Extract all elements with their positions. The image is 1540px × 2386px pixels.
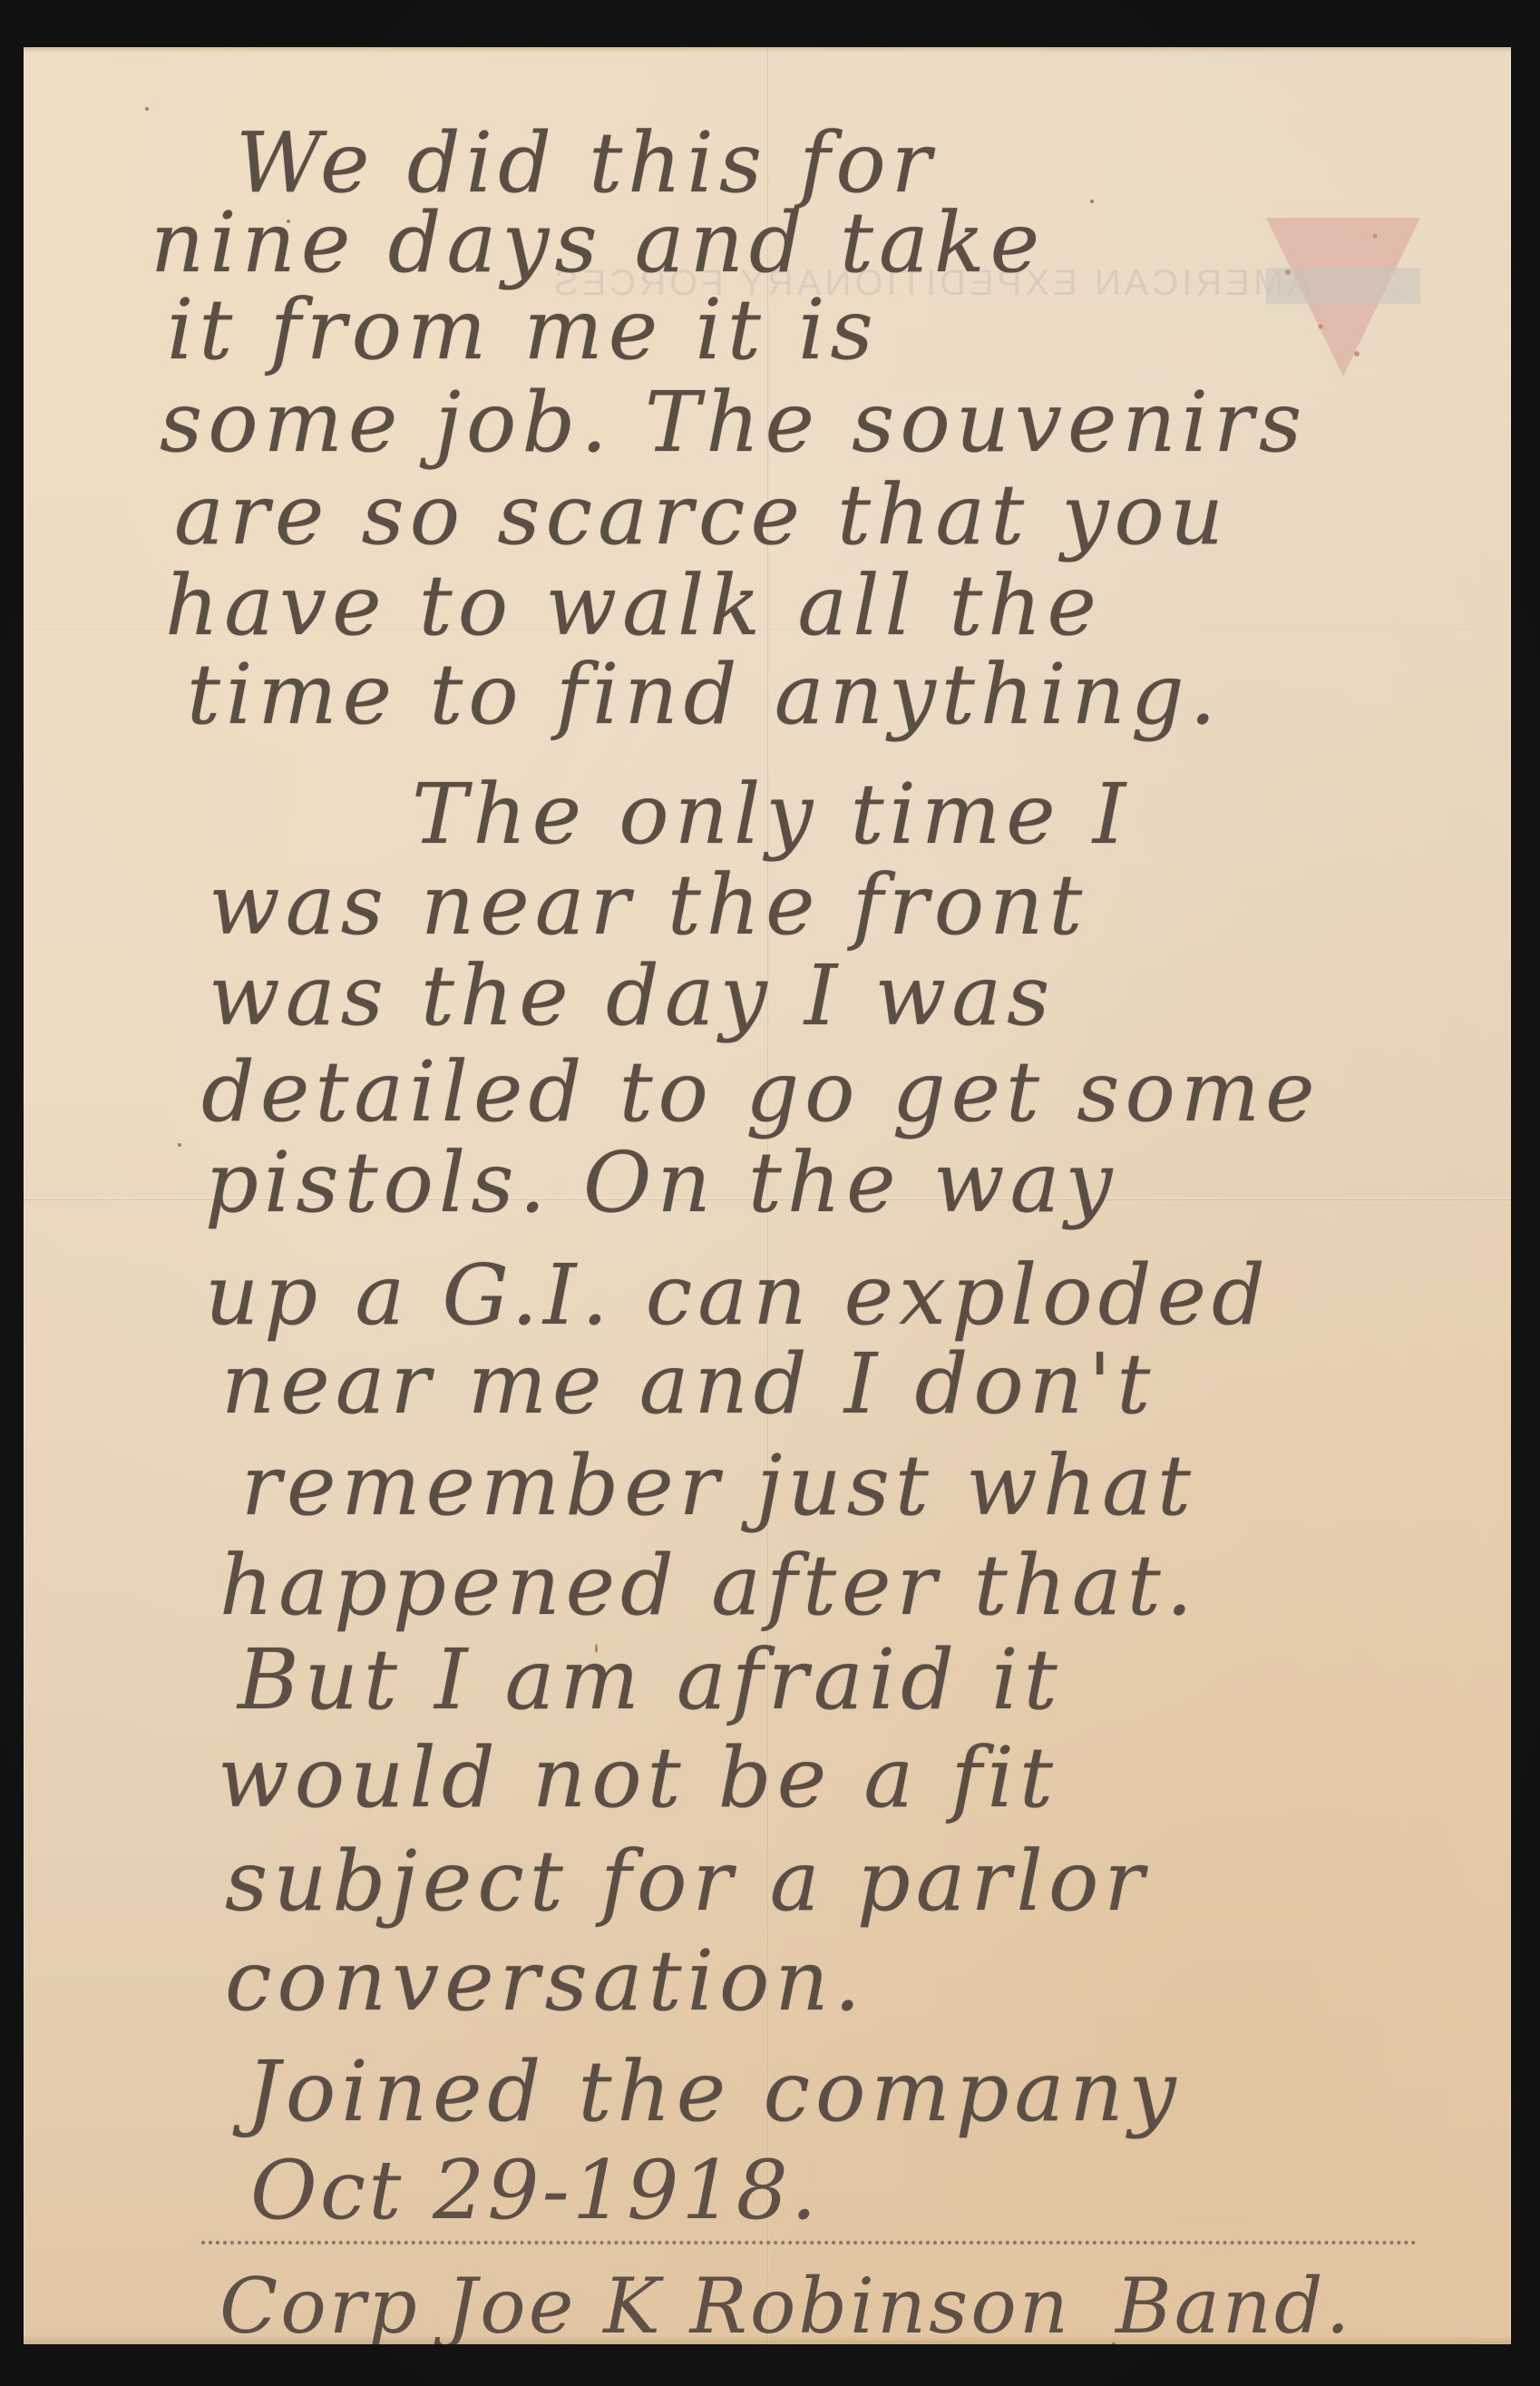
letter-line: But I am afraid it [238,1638,1063,1722]
dotted-rule [201,2241,1417,2244]
letter-line: conversation. [225,1940,866,2023]
letter-line: nine days and take [151,201,1045,285]
signature-name: Corp Joe K Robinson [219,2268,1071,2344]
letter-line: remember just what [241,1444,1196,1528]
letter-line: some job. The souvenirs [160,381,1307,464]
letter-line: time to find anything. [187,653,1222,737]
letter-date: Oct 29-1918. [250,2150,820,2232]
letter-line: are so scarce that you [174,474,1229,557]
letter-line: it from me it is [167,288,879,372]
letter-line: near me and I don't [221,1343,1155,1426]
letter-line: Joined the company [247,2050,1182,2134]
letter-line: detailed to go get some [201,1051,1321,1134]
letter-line: was the day I was [209,954,1055,1038]
letter-line: subject for a parlor [225,1840,1149,1923]
letter-line: have to walk all the [165,564,1102,648]
letter-line: We did this for [236,122,937,205]
letter-line: was near the front [209,864,1087,947]
letter-line: pistols. On the way [205,1141,1117,1225]
letter-line: would not be a fit [218,1736,1058,1820]
letter-line: up a G.I. can exploded [205,1254,1271,1337]
signature-unit: Band. [1116,2268,1352,2344]
letter-line: happened after that. [219,1544,1198,1628]
letter-page: AMERICAN EXPEDITIONARY FORCES We did thi… [24,47,1511,2344]
letter-line: The only time I [412,773,1131,856]
letter-body: We did this for nine days and take it fr… [24,47,1511,2344]
